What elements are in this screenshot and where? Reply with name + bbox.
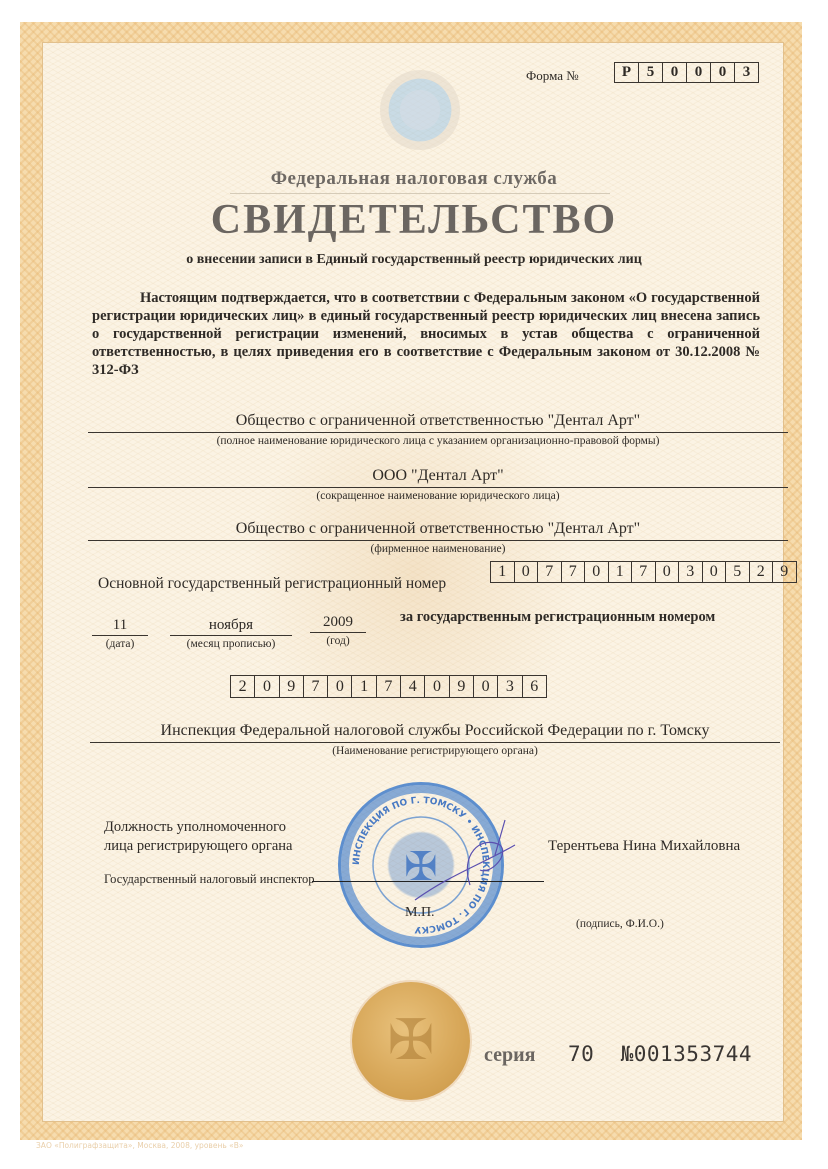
serial-number: №001353744	[621, 1042, 752, 1066]
form-code-digit: Р	[615, 63, 639, 82]
grn-digit: 1	[352, 676, 376, 697]
date-day-value: 11	[92, 617, 148, 636]
short-name-value: ООО "Дентал Арт"	[88, 467, 788, 488]
issuer-name: Федеральная налоговая служба	[0, 168, 828, 190]
signatory-name: Терентьева Нина Михайловна	[548, 838, 740, 855]
position-line-2: лица регистрирующего органа	[104, 837, 292, 856]
form-code-digit: 0	[687, 63, 711, 82]
date-month-caption: (месяц прописью)	[170, 638, 292, 650]
form-code-digit: 0	[711, 63, 735, 82]
date-day-caption: (дата)	[92, 638, 148, 650]
certification-paragraph: Настоящим подтверждается, что в соответс…	[92, 289, 760, 379]
signature-caption: (подпись, Ф.И.О.)	[576, 918, 664, 930]
grn-digit: 9	[280, 676, 304, 697]
form-code-digit: 3	[735, 63, 758, 82]
series-number: 70 №001353744	[568, 1042, 752, 1066]
date-day: 11 (дата)	[92, 617, 148, 650]
ogrn-label: Основной государственный регистрационный…	[98, 575, 446, 593]
ogrn-digit: 5	[726, 562, 750, 582]
form-number-boxes: Р50003	[614, 62, 759, 83]
grn-digit: 2	[231, 676, 255, 697]
position-line-1: Должность уполномоченного	[104, 818, 292, 837]
form-code-digit: 0	[663, 63, 687, 82]
signatory-position: Должность уполномоченного лица регистрир…	[104, 818, 292, 856]
grn-digit: 0	[328, 676, 352, 697]
form-number-label: Форма №	[526, 68, 579, 84]
ogrn-digit: 9	[773, 562, 796, 582]
ogrn-digit: 0	[703, 562, 727, 582]
grn-digit: 0	[474, 676, 498, 697]
grn-digit: 4	[401, 676, 425, 697]
ogrn-digit: 3	[679, 562, 703, 582]
ogrn-digit: 0	[656, 562, 680, 582]
short-name-caption: (сокращенное наименование юридического л…	[88, 490, 788, 502]
ogrn-digit: 7	[538, 562, 562, 582]
ogrn-digit: 1	[491, 562, 515, 582]
date-year-caption: (год)	[310, 635, 366, 647]
date-month: ноября (месяц прописью)	[170, 617, 292, 650]
printer-note: ЗАО «Полиграфзащита», Москва, 2008, уров…	[36, 1141, 243, 1150]
date-year: 2009 (год)	[310, 614, 366, 647]
issuer-underline	[230, 193, 610, 194]
grn-digit: 7	[377, 676, 401, 697]
series-label: серия	[484, 1044, 535, 1067]
date-month-value: ноября	[170, 617, 292, 636]
ogrn-digit: 0	[515, 562, 539, 582]
document-title: СВИДЕТЕЛЬСТВО	[0, 196, 828, 244]
authority-field: Инспекция Федеральной налоговой службы Р…	[90, 722, 780, 757]
grn-digit: 0	[255, 676, 279, 697]
grn-digit: 3	[498, 676, 522, 697]
ogrn-boxes: 1077017030529	[490, 561, 797, 583]
full-name-value: Общество с ограниченной ответственностью…	[88, 412, 788, 433]
series-code: 70	[568, 1042, 594, 1066]
gold-seal-icon: ✠	[352, 982, 470, 1100]
full-name-caption: (полное наименование юридического лица с…	[88, 435, 788, 447]
signatory-title: Государственный налоговый инспектор	[104, 872, 315, 887]
ogrn-digit: 1	[609, 562, 633, 582]
grn-digit: 7	[304, 676, 328, 697]
ogrn-digit: 7	[562, 562, 586, 582]
ogrn-digit: 2	[750, 562, 774, 582]
form-code-digit: 5	[639, 63, 663, 82]
brand-name-field: Общество с ограниченной ответственностью…	[88, 520, 788, 555]
date-year-value: 2009	[310, 614, 366, 633]
authority-caption: (Наименование регистрирующего органа)	[90, 745, 780, 757]
hologram-emblem-icon	[380, 70, 460, 150]
ogrn-digit: 7	[632, 562, 656, 582]
grn-digit: 0	[425, 676, 449, 697]
stamp-place-mark: М.П.	[405, 905, 435, 921]
brand-name-caption: (фирменное наименование)	[88, 543, 788, 555]
grn-boxes: 2097017409036	[230, 675, 547, 698]
grn-intro-text: за государственным регистрационным номер…	[400, 609, 715, 626]
ogrn-digit: 0	[585, 562, 609, 582]
short-name-field: ООО "Дентал Арт" (сокращенное наименован…	[88, 467, 788, 502]
authority-value: Инспекция Федеральной налоговой службы Р…	[90, 722, 780, 743]
grn-digit: 6	[523, 676, 546, 697]
document-subtitle: о внесении записи в Единый государственн…	[0, 252, 828, 268]
eagle-emblem-icon: ✠	[352, 982, 470, 1100]
full-name-field: Общество с ограниченной ответственностью…	[88, 412, 788, 447]
grn-digit: 9	[450, 676, 474, 697]
brand-name-value: Общество с ограниченной ответственностью…	[88, 520, 788, 541]
handwritten-signature-icon	[410, 815, 520, 905]
